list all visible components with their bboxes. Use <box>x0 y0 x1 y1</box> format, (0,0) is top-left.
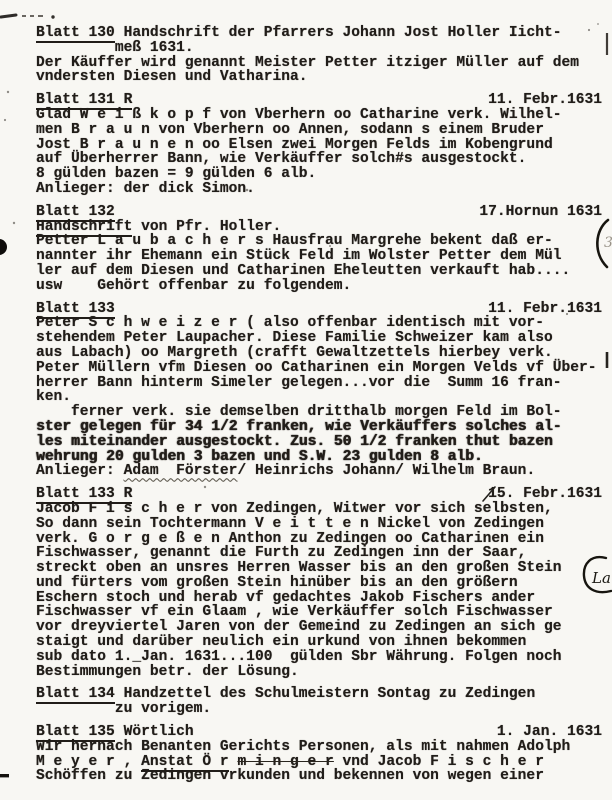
line-text: Jacob F i s c h e r von Zedingen, Witwer… <box>36 501 553 517</box>
line-text: auf Überherrer Bann, wie Verkäuffer solc… <box>36 151 526 167</box>
text-segment: zu vorigem. <box>36 701 211 717</box>
line-text: vor dreyviertel Jaren von der Gemeind zu… <box>36 619 561 635</box>
text-line: herrer Bann hinterm Simeler gelegen...vo… <box>36 376 602 391</box>
scanned-document-page: Blatt 130 Handschrift der Pfarrers Johan… <box>0 0 612 800</box>
entry-block: Blatt 131 R11. Febr.1631Glad W e i ß k o… <box>36 93 602 197</box>
text-line: auf Überherrer Bann, wie Verkäuffer solc… <box>36 152 602 167</box>
text-segment: Handschrift der Pfarrers Johann Jost Hol… <box>115 25 562 41</box>
line-text: stehendem Peter Laupacher. Diese Familie… <box>36 330 553 346</box>
text-segment: staigt und darüber neulich ein urkund vo… <box>36 634 526 650</box>
text-segment: herrer Bann hinterm Simeler gelegen...vo… <box>36 375 561 391</box>
text-segment: aus Labach) oo Margreth (crafft Gewaltze… <box>36 345 553 361</box>
line-text: meß 1631. <box>36 40 194 56</box>
line-text: streckt oben an unsres Herren Wasser bis… <box>36 560 561 576</box>
text-line: Jacob F i s c h e r von Zedingen, Witwer… <box>36 502 602 517</box>
text-segment: 8 gülden bazen = 9 gülden 6 alb. <box>36 166 316 182</box>
text-segment: und fürters vom großen Stein hinüber bis… <box>36 575 518 591</box>
text-line: usw Gehört offenbar zu folgendem. <box>36 279 602 294</box>
line-text: les miteinander ausgestockt. Zus. 50 1/2… <box>36 434 553 450</box>
text-segment: vor dreyviertel Jaren von der Gemeind zu… <box>36 619 561 635</box>
text-segment: sub dato 1._Jan. 1631...100 gülden Sbr W… <box>36 649 561 665</box>
entry-date: 1. Jan. 1631 <box>497 725 602 740</box>
text-segment: men B r a u n von Vberhern oo Annen, sod… <box>36 122 544 138</box>
text-segment: Wir hernach Benanten Gerichts Personen, … <box>36 739 570 755</box>
text-segment: Glad W e i ß k o p f von Vberhern oo Cat… <box>36 107 561 123</box>
text-line: ler auf dem Diesen und Catharinen Eheleu… <box>36 264 602 279</box>
entry-block: Blatt 134 Handzettel des Schulmeistern S… <box>36 687 602 717</box>
line-text: men B r a u n von Vberhern oo Annen, sod… <box>36 122 544 138</box>
line-text: aus Labach) oo Margreth (crafft Gewaltze… <box>36 345 553 361</box>
text-line: les miteinander ausgestockt. Zus. 50 1/2… <box>36 435 602 450</box>
text-line: ken. <box>36 390 602 405</box>
line-text: Petter L a u b a c h e r s Hausfrau Marg… <box>36 233 553 249</box>
text-line: Peter Müllern vfm Diesen oo Catharinen e… <box>36 361 602 376</box>
entry-heading-line: Blatt 131 R11. Febr.1631 <box>36 93 602 108</box>
entry-date: 11. Febr.1631 <box>488 93 602 108</box>
line-text: Blatt 135 Wörtlich <box>36 725 194 740</box>
line-text: Bestimmungen betr. der Lösung. <box>36 664 299 680</box>
text-line: staigt und darüber neulich ein urkund vo… <box>36 635 602 650</box>
text-segment: / Heinrichs Johann/ Wilhelm Braun. <box>237 463 535 479</box>
document-text: Blatt 130 Handschrift der Pfarrers Johan… <box>36 26 602 792</box>
text-segment: ler auf dem Diesen und Catharinen Eheleu… <box>36 263 570 279</box>
line-text: staigt und darüber neulich ein urkund vo… <box>36 634 526 650</box>
text-segment: stehendem Peter Laupacher. Diese Familie… <box>36 330 553 346</box>
line-text: zu vorigem. <box>36 701 211 717</box>
line-text: und fürters vom großen Stein hinüber bis… <box>36 575 518 591</box>
text-segment: Jacob F i s c h e r von Zedingen, Witwer… <box>36 501 553 517</box>
text-segment: Schöffen zu Zedingen vrkunden und bekenn… <box>36 768 544 784</box>
text-line: Schöffen zu Zedingen vrkunden und bekenn… <box>36 769 602 784</box>
entry-block: Blatt 133 R15. Febr.1631Jacob F i s c h … <box>36 487 602 679</box>
text-segment: streckt oben an unsres Herren Wasser bis… <box>36 560 561 576</box>
text-segment: ken. <box>36 389 71 405</box>
text-line: aus Labach) oo Margreth (crafft Gewaltze… <box>36 346 602 361</box>
text-line: Bestimmungen betr. der Lösung. <box>36 665 602 680</box>
text-segment: ster gelegen für 34 1/2 franken, wie Ver… <box>36 419 561 435</box>
entry-block: Blatt 13217.Hornun 1631Handschrift von P… <box>36 205 602 294</box>
text-segment: Petter L a u b a c h e r s Hausfrau Marg… <box>36 233 553 249</box>
line-text: Wir hernach Benanten Gerichts Personen, … <box>36 739 570 755</box>
text-line: streckt oben an unsres Herren Wasser bis… <box>36 561 602 576</box>
text-segment: Adam Förster <box>124 463 238 479</box>
line-text: Glad W e i ß k o p f von Vberhern oo Cat… <box>36 107 561 123</box>
ink-blob-mark <box>0 239 7 255</box>
text-line: So dann sein Tochtermann V e i t t e n N… <box>36 517 602 532</box>
text-segment: So dann sein Tochtermann V e i t t e n N… <box>36 516 544 532</box>
line-text: Blatt 132 <box>36 205 115 220</box>
bottom-dash-mark <box>0 774 9 777</box>
text-line: Glad W e i ß k o p f von Vberhern oo Cat… <box>36 108 602 123</box>
entry-block: Blatt 135 Wörtlich1. Jan. 1631Wir hernac… <box>36 725 602 784</box>
line-text: herrer Bann hinterm Simeler gelegen...vo… <box>36 375 561 391</box>
svg-text:3: 3 <box>604 235 612 251</box>
line-text: Anlieger: Adam Förster/ Heinrichs Johann… <box>36 463 535 479</box>
line-text: usw Gehört offenbar zu folgendem. <box>36 278 351 294</box>
text-line: stehendem Peter Laupacher. Diese Familie… <box>36 331 602 346</box>
text-segment: vndersten Diesen und Vatharina. <box>36 69 308 85</box>
text-segment: nannter ihr Ehemann ein Stück Feld im Wo… <box>36 248 561 264</box>
text-line: zu vorigem. <box>36 702 602 717</box>
text-line: Peter S c h w e i z e r ( also offenbar … <box>36 316 602 331</box>
text-segment: meß 1631. <box>36 40 194 56</box>
text-line: sub dato 1._Jan. 1631...100 gülden Sbr W… <box>36 650 602 665</box>
line-text: So dann sein Tochtermann V e i t t e n N… <box>36 516 544 532</box>
text-segment: ferner verk. sie demselben dritthalb mor… <box>36 404 561 420</box>
line-text: ster gelegen für 34 1/2 franken, wie Ver… <box>36 419 561 435</box>
text-line: Anlieger: Adam Förster/ Heinrichs Johann… <box>36 464 602 479</box>
text-line: nannter ihr Ehemann ein Stück Feld im Wo… <box>36 249 602 264</box>
line-text: Schöffen zu Zedingen vrkunden und bekenn… <box>36 768 544 784</box>
text-segment: Peter S c h w e i z e r ( also offenbar … <box>36 315 544 331</box>
text-line: Petter L a u b a c h e r s Hausfrau Marg… <box>36 234 602 249</box>
line-text: Peter S c h w e i z e r ( also offenbar … <box>36 315 544 331</box>
line-text: ferner verk. sie demselben dritthalb mor… <box>36 404 561 420</box>
text-line: Wir hernach Benanten Gerichts Personen, … <box>36 740 602 755</box>
entry-heading-line: Blatt 133 R15. Febr.1631 <box>36 487 602 502</box>
text-line: Fischwasser, genannt die Furth zu Zeding… <box>36 546 602 561</box>
text-line: und fürters vom großen Stein hinüber bis… <box>36 576 602 591</box>
line-text: sub dato 1._Jan. 1631...100 gülden Sbr W… <box>36 649 561 665</box>
text-line: 8 gülden bazen = 9 gülden 6 alb. <box>36 167 602 182</box>
text-line: ster gelegen für 34 1/2 franken, wie Ver… <box>36 420 602 435</box>
entry-block: Blatt 130 Handschrift der Pfarrers Johan… <box>36 26 602 85</box>
line-text: ken. <box>36 389 71 405</box>
text-segment: Anlieger: <box>36 463 124 479</box>
line-text: Anlieger: der dick Simon. <box>36 181 255 197</box>
text-segment: Fischwasser, genannt die Furth zu Zeding… <box>36 545 526 561</box>
entry-date: 17.Hornun 1631 <box>479 205 602 220</box>
text-segment: Peter Müllern vfm Diesen oo Catharinen e… <box>36 360 597 376</box>
line-text: Blatt 131 R <box>36 93 132 108</box>
line-text: ler auf dem Diesen und Catharinen Eheleu… <box>36 263 570 279</box>
text-segment: Wörtlich <box>115 724 194 740</box>
text-line: Blatt 130 Handschrift der Pfarrers Johan… <box>36 26 602 41</box>
entry-block: Blatt 13311. Febr.1631Peter S c h w e i … <box>36 302 602 480</box>
line-text: vndersten Diesen und Vatharina. <box>36 69 308 85</box>
text-segment: auf Überherrer Bann, wie Verkäuffer solc… <box>36 151 526 167</box>
text-segment: les miteinander ausgestockt. Zus. 50 1/2… <box>36 434 553 450</box>
text-segment: Bestimmungen betr. der Lösung. <box>36 664 299 680</box>
entry-date: 15. Febr.1631 <box>488 487 602 502</box>
line-text: nannter ihr Ehemann ein Stück Feld im Wo… <box>36 248 561 264</box>
line-text: Blatt 133 R <box>36 487 132 502</box>
text-line: Anlieger: der dick Simon. <box>36 182 602 197</box>
text-segment: Anlieger: der dick Simon. <box>36 181 255 197</box>
text-line: vor dreyviertel Jaren von der Gemeind zu… <box>36 620 602 635</box>
text-line: men B r a u n von Vberhern oo Annen, sod… <box>36 123 602 138</box>
text-line: ferner verk. sie demselben dritthalb mor… <box>36 405 602 420</box>
text-line: vndersten Diesen und Vatharina. <box>36 70 602 85</box>
line-text: Fischwasser, genannt die Furth zu Zeding… <box>36 545 526 561</box>
line-text: Peter Müllern vfm Diesen oo Catharinen e… <box>36 360 597 376</box>
line-text: 8 gülden bazen = 9 gülden 6 alb. <box>36 166 316 182</box>
entry-heading-line: Blatt 135 Wörtlich1. Jan. 1631 <box>36 725 602 740</box>
pencil-dash-marks <box>1 15 55 19</box>
entry-heading-line: Blatt 13217.Hornun 1631 <box>36 205 602 220</box>
text-segment: usw Gehört offenbar zu folgendem. <box>36 278 351 294</box>
text-line: meß 1631. <box>36 41 602 56</box>
